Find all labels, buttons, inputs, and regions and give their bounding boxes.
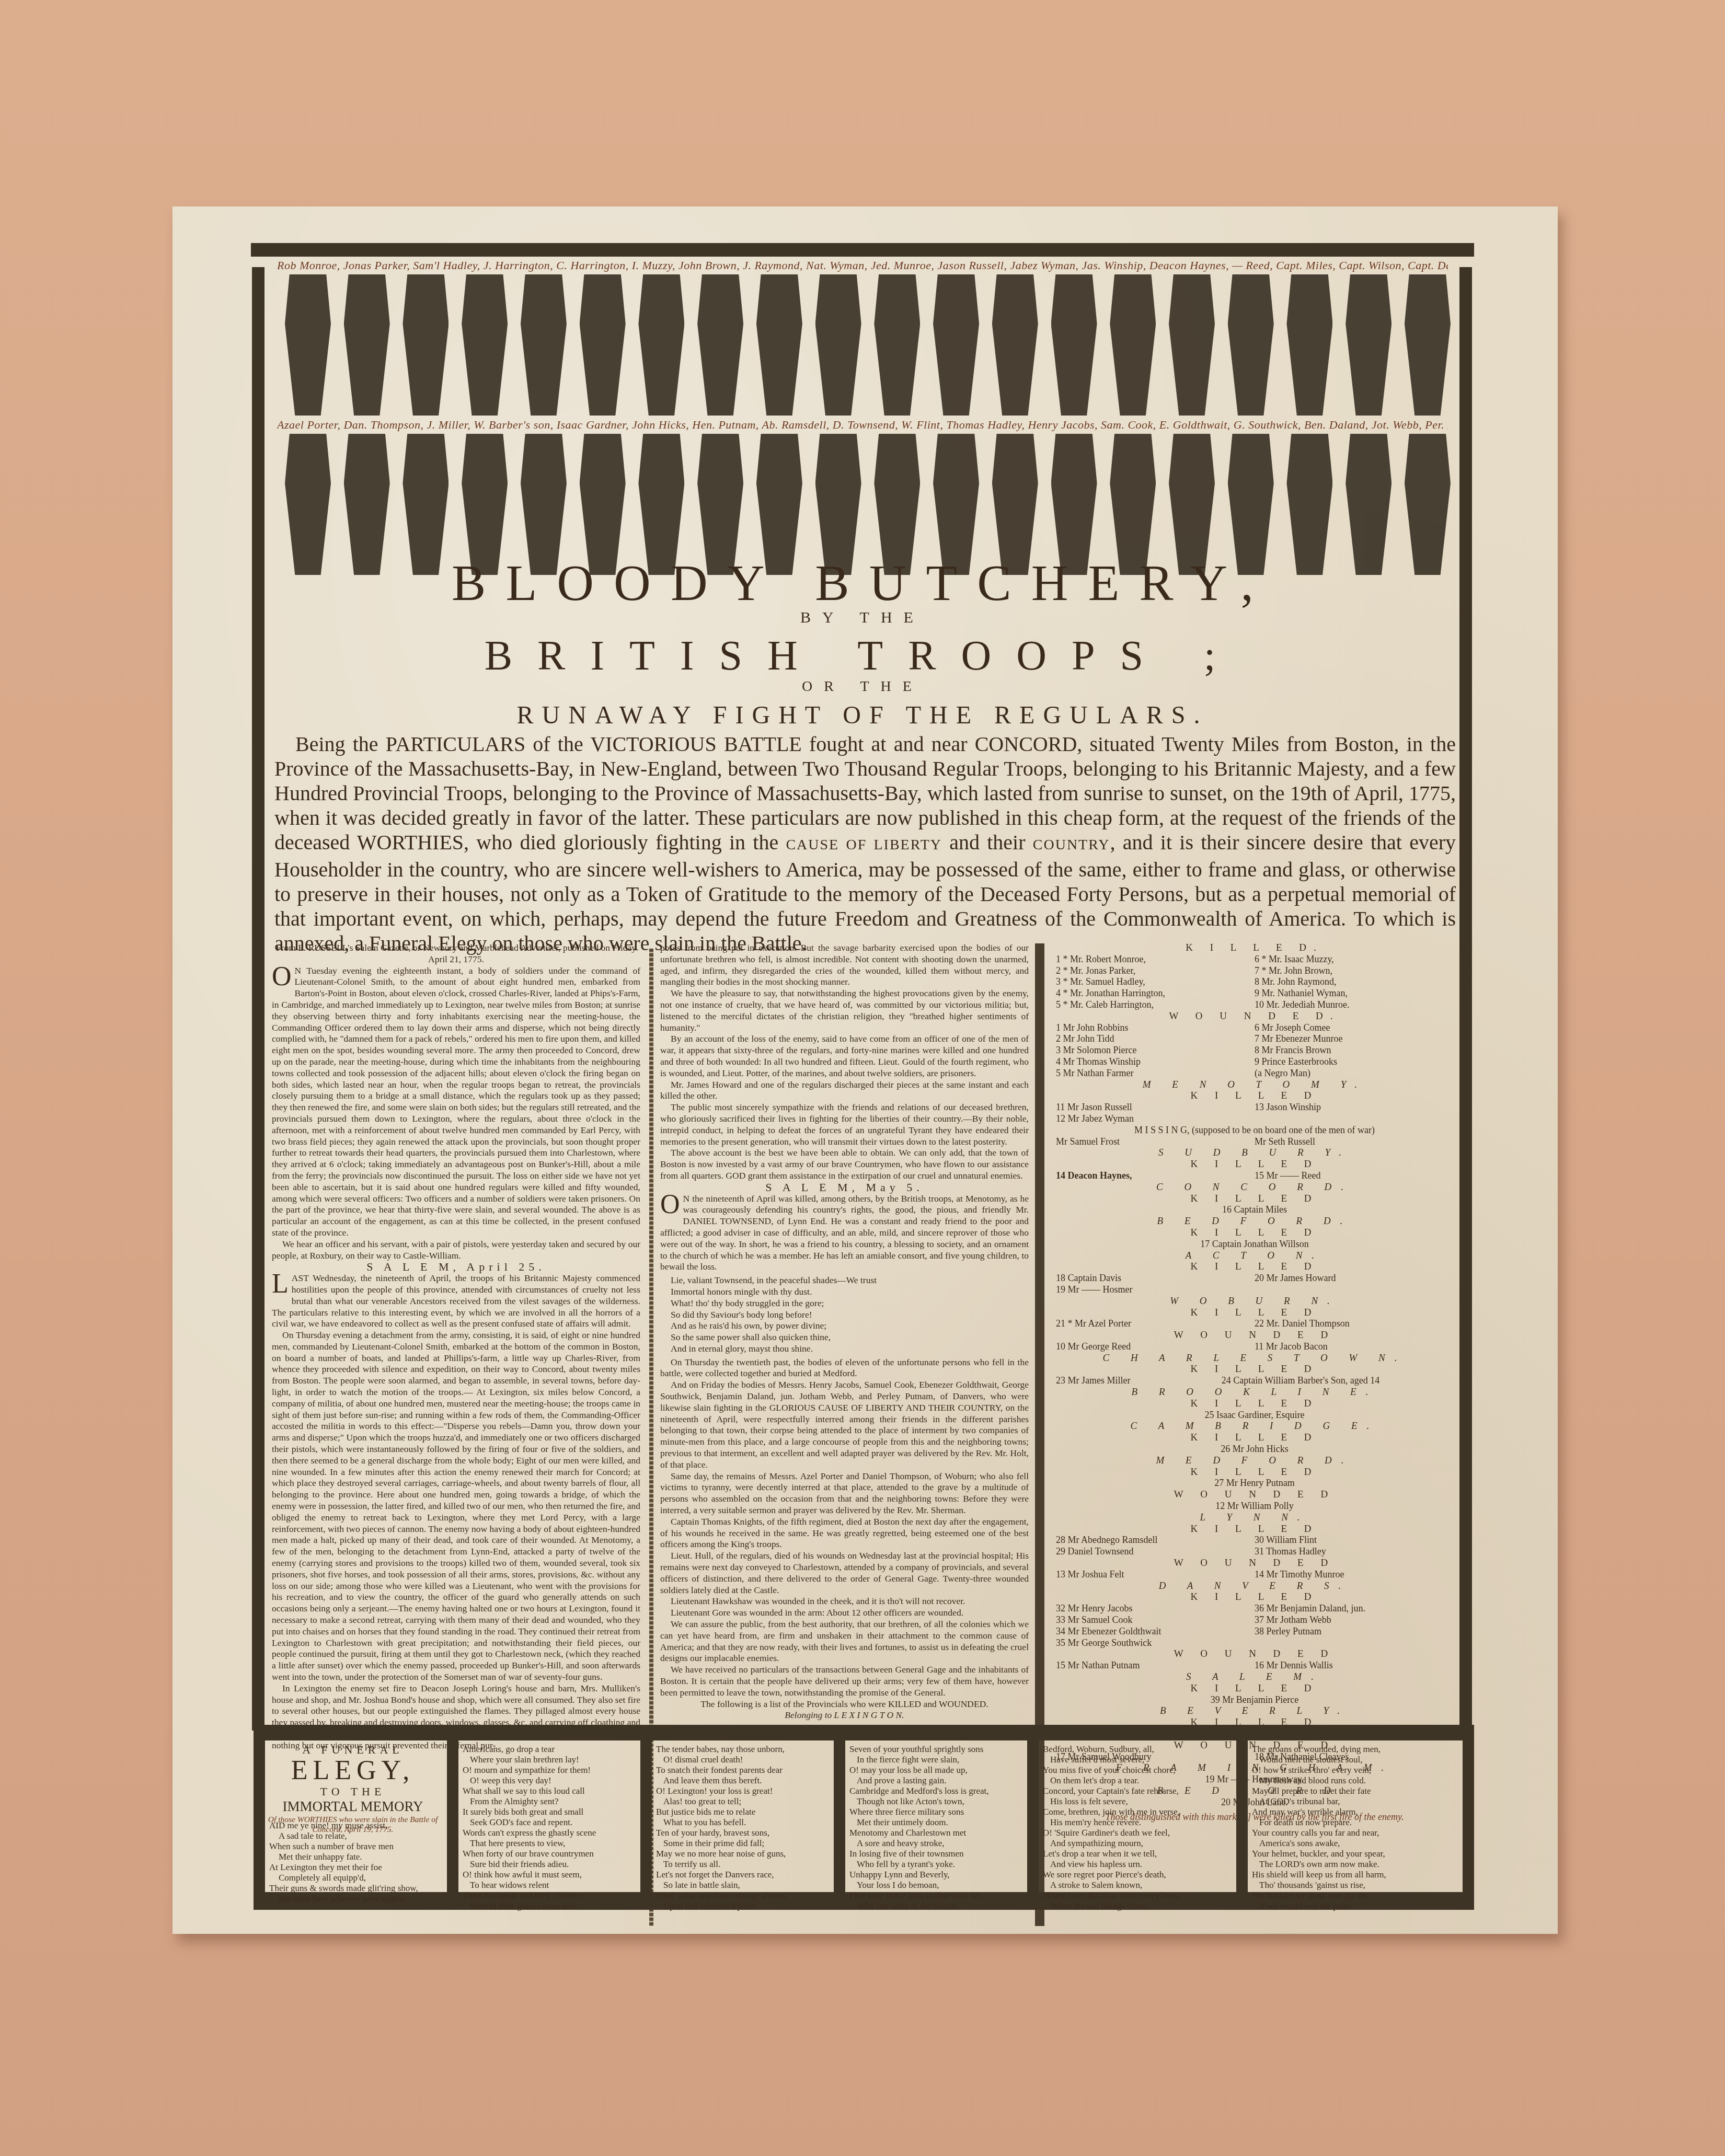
casualty-name: 5 * Mr. Caleb Harrington, [1056,999,1255,1011]
elegy-line: To hear widows relent [463,1880,625,1890]
heading-killed: K I L L E D [1056,1524,1453,1535]
heading-killed: K I L L E D. [1056,942,1453,954]
elegy-line: Met their untimely doom. [849,1817,1011,1828]
casualty-row: 4 * Mr. Jonathan Harrington,9 Mr. Nathan… [1056,988,1453,999]
casualty-name: 8 Mr. John Raymond, [1255,976,1453,988]
casualty-name: 7 * Mr. John Brown, [1255,965,1453,977]
paragraph: Lieutenant Gore was wounded in the arm: … [660,1607,1029,1619]
heading-missing: M I S S I N G, (supposed to be on board … [1056,1125,1453,1136]
elegy-line: If we would win the prize. [1252,1901,1458,1911]
casualty-row: 3 * Mr. Samuel Hadley,8 Mr. John Raymond… [1056,976,1453,988]
town-medford: M E D F O R D. [1056,1455,1453,1467]
coffin-icon [580,274,626,416]
paragraph: We hear an officer and his servant, with… [272,1239,640,1262]
heading-wounded: W O U N D E D [1056,1330,1453,1341]
elegy-line: On them let's drop a tear. [1043,1775,1231,1786]
elegy-border-top [254,1725,1474,1740]
coffin-icon [638,274,684,416]
paragraph: On Thursday evening a detachment from th… [272,1330,640,1683]
menotomy-killed-list: 11 Mr Jason Russell13 Jason Winship12 Mr… [1056,1102,1453,1125]
casualty-name: 15 Mr —— Reed [1255,1170,1453,1182]
elegy-line: Would melt the stoutest soul, [1252,1755,1458,1765]
acton-killed-list: 18 Captain Davis20 Mr James Howard19 Mr … [1056,1273,1453,1296]
woodcut-border-left [252,267,264,1731]
casualty-row: 32 Mr Henry Jacobs36 Mr Benjamin Daland,… [1056,1603,1453,1615]
heading-killed: K I L L E D [1056,1193,1453,1205]
elegy-line: Come, brethren, join with me in verse, [1043,1807,1231,1817]
elegy-line: So late in battle slain, [656,1880,818,1890]
elegy-stanza-3: The tender babes, nay those unborn,O! di… [656,1744,818,1911]
dateline-salem-may: S A L E M, May 5. [660,1182,1029,1193]
casualty-name: 16 Captain Miles [1056,1204,1453,1216]
elegy-line: That here presents to view, [463,1838,625,1849]
heading-killed: K I L L E D [1056,1090,1453,1102]
coffin-icon [992,274,1038,416]
casualty-row: 1 * Mr. Robert Monroe,6 * Mr. Isaac Muzz… [1056,954,1453,965]
casualty-row: 5 * Mr. Caleb Harrington,10 Mr. Jedediah… [1056,999,1453,1011]
elegy-line: America's sons awake, [1252,1838,1458,1849]
elegy-line: The groans of wounded, dying men, [1252,1744,1458,1755]
elegy-line: In losing five of their townsmen [849,1849,1011,1859]
lynn-wounded-row: 13 Mr Joshua Felt14 Mr Timothy Munroe [1056,1569,1453,1581]
intro-smallcaps-liberty: CAUSE OF LIBERTY [786,837,942,853]
casualty-name: 7 Mr Ebenezer Munroe [1255,1033,1453,1045]
coffin-row-1-names: Rob Monroe, Jonas Parker, Sam'l Hadley, … [277,259,1448,272]
town-menotomy: M E N O T O M Y. [1056,1079,1453,1091]
coffin-icon [462,274,508,416]
town-cambridge: C A M B R I D G E. [1056,1421,1453,1432]
column-1-news: From E. RUSSELL's Salem Gazette, or Newb… [272,942,640,1751]
casualty-name: 13 Mr Joshua Felt [1056,1569,1255,1581]
elegy-line: Their valor and their courage shown, [656,1890,818,1901]
poem-line: So the same power shall also quicken thi… [671,1332,1029,1343]
title-or-the: OR THE [277,678,1448,695]
casualty-name: 4 Mr Thomas Winship [1056,1056,1255,1068]
paragraph: By an account of the loss of the enemy, … [660,1033,1029,1079]
coffin-icon [1228,274,1274,416]
town-woburn: W O B U R N. [1056,1296,1453,1307]
elegy-line: Their husbands and their children [463,1890,625,1901]
casualty-row: 3 Mr Solomon Pierce8 Mr Francis Brown [1056,1045,1453,1056]
casualty-name: Mr Seth Russell [1255,1136,1453,1148]
intro-smallcaps-country: COUNTRY [1033,837,1110,853]
casualty-name: 14 Deacon Haynes, [1056,1170,1255,1182]
list-intro: The following is a list of the Provincia… [660,1699,1029,1710]
elegy-bar [254,1740,265,1892]
elegy-line: For death us now prepare. [1252,1817,1458,1828]
elegy-line: When the sad tidings come. [1043,1901,1231,1911]
elegy-line: Menotomy and Charlestown met [849,1828,1011,1838]
casualty-name: 6 Mr Joseph Comee [1255,1022,1453,1034]
elegy-line: Met their unhappy fate. [269,1852,436,1862]
elegy-line: Upon this crimson'd plain. [656,1901,818,1911]
coffin-icon [815,274,861,416]
column-2-news: poses from being put in execution. But t… [660,942,1029,1721]
elegy-bar [1236,1740,1248,1892]
woodcut-border-right [1459,267,1472,1731]
casualty-name: 3 * Mr. Samuel Hadley, [1056,976,1255,988]
elegy-stanza-5: Bedford, Woburn, Sudbury, all,Have suffe… [1043,1744,1231,1911]
elegy-line: Bedford, Woburn, Sudbury, all, [1043,1744,1231,1755]
casualty-name: 27 Mr Henry Putnam [1056,1478,1453,1489]
casualty-name: 39 Mr Benjamin Pierce [1056,1694,1453,1706]
elegy-line: To snatch their fondest parents dear [656,1765,818,1775]
town-beverly: B E V E R L Y. [1056,1705,1453,1717]
casualty-name: 19 Mr —— Hosmer [1056,1284,1255,1296]
casualty-row: 4 Mr Thomas Winship9 Prince Easterbrooks [1056,1056,1453,1068]
danvers-wounded-row: 15 Mr Nathan Putnam16 Mr Dennis Wallis [1056,1660,1453,1671]
list-belonging: Belonging to L E X I N G T O N. [660,1710,1029,1721]
elegy-line: O! dismal cruel death! [656,1755,818,1765]
coffin-icon [1110,274,1156,416]
poem-line: And in eternal glory, mayst thou shine. [671,1343,1029,1355]
coffin-icon [697,274,743,416]
heading-wounded: W O U N D E D [1056,1648,1453,1660]
paragraph: Same day, the remains of Messrs. Azel Po… [660,1471,1029,1516]
heading-killed: K I L L E D [1056,1592,1453,1603]
paragraph: We have received no particulars of the t… [660,1664,1029,1698]
elegy-line: You miss five of your choicest chore, [1043,1765,1231,1775]
elegy-line: When such a number of brave men [269,1841,436,1852]
lexington-wounded-list: 1 Mr John Robbins6 Mr Joseph Comee2 Mr J… [1056,1022,1453,1079]
coffin-icon [344,274,390,416]
casualty-row: 5 Mr Nathan Farmer(a Negro Man) [1056,1068,1453,1079]
paragraph: poses from being put in execution. But t… [660,942,1029,988]
title-main: BLOODY BUTCHERY, [277,554,1448,613]
elegy-line: At GOD's tribunal bar, [1252,1796,1458,1807]
coffin-icon [756,274,802,416]
heading-wounded: W O U N D E D [1056,1489,1453,1501]
coffin-icon [1345,274,1391,416]
heading-killed: K I L L E D [1056,1467,1453,1478]
town-acton: A C T O N. [1056,1250,1453,1262]
elegy-line: Have suffer'd most severe, [1043,1755,1231,1765]
elegy-line: Five your brave sons in dust doth lie, [849,1890,1011,1901]
title-subtitle: RUNAWAY FIGHT OF THE REGULARS. [277,701,1448,730]
elegy-line: May we no more hear noise of guns, [656,1849,818,1859]
dateline-salem-april: S A L E M, April 25. [272,1261,640,1273]
heading-killed: K I L L E D [1056,1261,1453,1273]
elegy-stanza-1: AID me ye nine! my muse assist,A sad tal… [269,1820,436,1904]
elegy-line: O! think how awful it must seem, [463,1870,625,1880]
paragraph: Captain Thomas Knights, of the fifth reg… [660,1516,1029,1550]
town-sudbury: S U D B U R Y. [1056,1147,1453,1159]
townsend-poem: Lie, valiant Townsend, in the peaceful s… [671,1275,1029,1355]
casualty-name: 10 Mr. Jedediah Munroe. [1255,999,1453,1011]
heading-wounded: W O U N D E D [1056,1558,1453,1569]
heading-killed: K I L L E D [1056,1432,1453,1444]
poem-line: What! tho' thy body struggled in the gor… [671,1298,1029,1309]
charlestown-row: 23 Mr James Miller24 Captain William Bar… [1056,1375,1453,1387]
casualty-row: 33 Mr Samuel Cook37 Mr Jotham Webb [1056,1615,1453,1626]
paragraph: We can assure the public, from the best … [660,1619,1029,1664]
elegy-line: And sympathizing mourn, [1043,1838,1231,1849]
elegy-line: Alas! too great to tell; [656,1796,818,1807]
town-charlestown: C H A R L E S T O W N. [1056,1353,1453,1364]
elegy-line: Your country calls you far and near, [1252,1828,1458,1838]
title-british-troops: BRITISH TROOPS ; [277,632,1448,680]
casualty-name: Mr Samuel Frost [1056,1136,1255,1148]
casualty-name: 22 Mr. Daniel Thompson [1255,1318,1453,1330]
elegy-stanza-4: Seven of your youthful sprightly sonsIn … [849,1744,1011,1911]
woburn-killed-row: 21 * Mr Azel Porter22 Mr. Daniel Thompso… [1056,1318,1453,1330]
drop-cap: L [272,1273,289,1296]
elegy-line: And may war's terrible alarm, [1252,1807,1458,1817]
casualty-name [1255,1113,1453,1125]
elegy-line: O! Lexington! your loss is great! [656,1786,818,1796]
elegy-line: Concord, your Captain's fate rehearse, [1043,1786,1231,1796]
coffin-icon [1051,274,1097,416]
elegy-line: In the fierce fight were slain, [849,1755,1011,1765]
elegy-bar [1463,1740,1474,1892]
casualty-name: 28 Mr Abednego Ramsdell [1056,1535,1255,1546]
elegy-line: His buckler we must sure put on, [1252,1890,1458,1901]
source-line: From E. RUSSELL's Salem Gazette, or Newb… [272,942,640,965]
casualty-row: 1 Mr John Robbins6 Mr Joseph Comee [1056,1022,1453,1034]
casualty-name: 38 Perley Putnam [1255,1626,1453,1638]
elegy-line: It surely bids both great and small [463,1807,625,1817]
sudbury-row: 14 Deacon Haynes,15 Mr —— Reed [1056,1170,1453,1182]
casualty-name: 25 Isaac Gardiner, Esquire [1056,1410,1453,1421]
intro-text-b: and their [949,831,1025,854]
elegy-line: A sad tale to relate, [269,1831,436,1841]
elegy-line: Your loss I do bemoan, [849,1880,1011,1890]
casualty-name: 11 Mr Jason Russell [1056,1102,1255,1113]
casualty-row: 11 Mr Jason Russell13 Jason Winship [1056,1102,1453,1113]
elegy-line: When forty of our brave countrymen [463,1849,625,1859]
casualty-row: 2 * Mr. Jonas Parker,7 * Mr. John Brown, [1056,965,1453,977]
elegy-line: To terrify us all. [656,1859,818,1870]
town-concord: C O N C O R D. [1056,1182,1453,1193]
casualty-name: 14 Mr Timothy Munroe [1255,1569,1453,1581]
elegy-line: Unhappy Lynn and Beverly, [849,1870,1011,1880]
casualty-name: 16 Mr Dennis Wallis [1255,1660,1453,1671]
casualty-name: 34 Mr Ebenezer Goldthwait [1056,1626,1255,1638]
heading-killed: K I L L E D [1056,1364,1453,1375]
heading-killed: K I L L E D [1056,1683,1453,1694]
elegy-bar [640,1740,652,1892]
elegy-line: From the Almighty sent? [463,1796,625,1807]
casualty-row: 12 Mr Jabez Wyman [1056,1113,1453,1125]
elegy-line: Though not like Acton's town, [849,1796,1011,1807]
paragraph-text: N the nineteenth of April was killed, am… [660,1193,1029,1272]
casualty-name: 20 Mr James Howard [1255,1273,1453,1284]
drop-cap: O [660,1193,680,1216]
elegy-line: But their base schemes were nipp'd. [269,1894,436,1904]
casualty-name: 21 * Mr Azel Porter [1056,1318,1255,1330]
paragraph: Lieut. Hull, of the regulars, died of hi… [660,1550,1029,1596]
casualty-row: 19 Mr —— Hosmer [1056,1284,1453,1296]
casualty-name: 31 Thomas Hadley [1255,1546,1453,1558]
elegy-line: Who late were in the bloom. [849,1901,1011,1911]
casualty-name: 12 Mr William Polly [1056,1501,1453,1512]
elegy-line: O! may your loss be all made up, [849,1765,1011,1775]
casualty-name: 33 Mr Samuel Cook [1056,1615,1255,1626]
elegy-line: AID me ye nine! my muse assist, [269,1820,436,1831]
elegy-bar [1027,1740,1039,1892]
casualty-row: 34 Mr Ebenezer Goldthwait38 Perley Putna… [1056,1626,1453,1638]
casualty-name: 9 Prince Easterbrooks [1255,1056,1453,1068]
casualty-name: 8 Mr Francis Brown [1255,1045,1453,1056]
casualty-name: 9 Mr. Nathaniel Wyman, [1255,988,1453,999]
casualty-name: 18 Captain Davis [1056,1273,1255,1284]
elegy-line: Completely all equipp'd, [269,1873,436,1883]
elegy-line: Some in their prime did fall; [656,1838,818,1849]
paragraph: Mr. James Howard and one of the regulars… [660,1079,1029,1102]
casualty-name: 12 Mr Jabez Wyman [1056,1113,1255,1125]
paragraph: LAST Wednesday, the nineteenth of April,… [272,1273,640,1330]
elegy-line: Ten of your hardy, bravest sons, [656,1828,818,1838]
elegy-line: We sore regret poor Pierce's death, [1043,1870,1231,1880]
elegy-title-a: A FUNERAL [267,1743,439,1757]
elegy-line: His mem'ry hence revere. [1043,1817,1231,1828]
coffin-row-1 [285,274,1451,416]
casualty-row: 18 Captain Davis20 Mr James Howard [1056,1273,1453,1284]
title-by-the: BY THE [277,609,1448,627]
paragraph-text: N Tuesday evening the eighteenth instant… [272,965,640,1238]
coffin-icon [402,274,448,416]
elegy-line: And prove a lasting gain. [849,1775,1011,1786]
paragraph: The above account is the best we have be… [660,1147,1029,1181]
elegy-line: His shield will keep us from all harm, [1252,1870,1458,1880]
casualty-name: 29 Daniel Townsend [1056,1546,1255,1558]
paragraph: We have the pleasure to say, that notwit… [660,988,1029,1033]
casualty-name: 1 * Mr. Robert Monroe, [1056,954,1255,965]
casualty-row: 28 Mr Abednego Ramsdell30 William Flint [1056,1535,1453,1546]
casualty-name: 32 Mr Henry Jacobs [1056,1603,1255,1615]
casualty-name: 2 * Mr. Jonas Parker, [1056,965,1255,977]
paragraph: ON Tuesday evening the eighteenth instan… [272,965,640,1239]
heading-killed: K I L L E D [1056,1227,1453,1239]
casualty-name [1255,1284,1453,1296]
elegy-line: My flesh and blood runs cold. [1252,1775,1458,1786]
elegy-line: A sore and heavy stroke, [849,1838,1011,1849]
casualty-name: (a Negro Man) [1255,1068,1453,1079]
casualty-name: 5 Mr Nathan Farmer [1056,1068,1255,1079]
elegy-line: What to you has befell. [656,1817,818,1828]
elegy-title-b: ELEGY, [267,1757,439,1785]
elegy-title-d: IMMORTAL MEMORY [267,1798,439,1815]
elegy-line: Seven of your youthful sprightly sons [849,1744,1011,1755]
coffin-row-2-names: Azael Porter, Dan. Thompson, J. Miller, … [277,418,1448,432]
elegy-line: A stroke to Salem known, [1043,1880,1231,1890]
paragraph-text: AST Wednesday, the nineteenth of April, … [272,1273,640,1329]
coffin-icon [874,274,920,416]
town-danvers: D A N V E R S. [1056,1581,1453,1592]
coffin-icon [1286,274,1332,416]
elegy-line: Where three fierce military sons [849,1807,1011,1817]
intro-paragraph: Being the PARTICULARS of the VICTORIOUS … [274,732,1456,955]
elegy-line: Where your slain brethren lay! [463,1755,625,1765]
poem-line: Lie, valiant Townsend, in the peaceful s… [671,1275,1029,1286]
heading-killed: K I L L E D [1056,1159,1453,1170]
elegy-title-c: TO THE [267,1785,439,1798]
casualty-name: 37 Mr Jotham Webb [1255,1615,1453,1626]
elegy-line: Cambridge and Medford's loss is great, [849,1786,1011,1796]
elegy-bar [447,1740,458,1892]
lexington-killed-list: 1 * Mr. Robert Monroe,6 * Mr. Isaac Muzz… [1056,954,1453,1011]
danvers-killed-list: 32 Mr Henry Jacobs36 Mr Benjamin Daland,… [1056,1603,1453,1648]
broadside-sheet: Rob Monroe, Jonas Parker, Sam'l Hadley, … [172,206,1558,1934]
heading-killed: K I L L E D [1056,1307,1453,1319]
casualty-name: 26 Mr John Hicks [1056,1444,1453,1455]
lynn-killed-list: 28 Mr Abednego Ramsdell30 William Flint2… [1056,1535,1453,1558]
heading-wounded: W O U N D E D. [1056,1011,1453,1022]
elegy-line: O! 'Squire Gardiner's death we feel, [1043,1828,1231,1838]
paragraph: On Thursday the twentieth past, the bodi… [660,1357,1029,1380]
elegy-line: At Lexington they met their foe [269,1862,436,1873]
elegy-bar [834,1740,845,1892]
casualty-name: 11 Mr Jacob Bacon [1255,1341,1453,1353]
elegy-stanza-2: Americans, go drop a tearWhere your slai… [463,1744,625,1911]
coffin-icon [521,274,567,416]
poem-line: And as he rais'd his own, by power divin… [671,1320,1029,1332]
elegy-line: Where tears did flow from every brow, [1043,1890,1231,1901]
casualty-name: 23 Mr James Miller [1056,1375,1222,1387]
paragraph: The public most sincerely sympathize wit… [660,1102,1029,1147]
elegy-line: May all prepare to meet their fate [1252,1786,1458,1796]
town-salem: S A L E M. [1056,1671,1453,1683]
elegy-line: And view his hapless urn. [1043,1859,1231,1870]
elegy-line: Tho' thousands 'gainst us rise, [1252,1880,1458,1890]
casualty-name: 6 * Mr. Isaac Muzzy, [1255,954,1453,965]
casualty-name: 24 Captain William Barber's Son, aged 14 [1222,1375,1453,1387]
elegy-line: Who to their graves were sent. [463,1901,625,1911]
elegy-line: And leave them thus bereft. [656,1775,818,1786]
town-lynn: L Y N N. [1056,1512,1453,1524]
casualty-row: 2 Mr John Tidd7 Mr Ebenezer Munroe [1056,1033,1453,1045]
elegy-line: Americans, go drop a tear [463,1744,625,1755]
casualty-row: 35 Mr George Southwick [1056,1638,1453,1649]
elegy-stanza-6: The groans of wounded, dying men,Would m… [1252,1744,1458,1911]
coffin-icon [1169,274,1215,416]
paragraph: Lieutenant Hawkshaw was wounded in the c… [660,1596,1029,1607]
poem-line: Immortal honors mingle with thy dust. [671,1286,1029,1298]
casualty-row: 29 Daniel Townsend31 Thomas Hadley [1056,1546,1453,1558]
heading-killed: K I L L E D [1056,1398,1453,1410]
casualty-name: 35 Mr George Southwick [1056,1638,1255,1649]
elegy-line: Your helmet, buckler, and your spear, [1252,1849,1458,1859]
casualty-name: 1 Mr John Robbins [1056,1022,1255,1034]
elegy-line: Let's drop a tear when it we tell, [1043,1849,1231,1859]
missing-row: Mr Samuel FrostMr Seth Russell [1056,1136,1453,1148]
town-brookline: B R O O K L I N E. [1056,1387,1453,1398]
elegy-line: The tender babes, nay those unborn, [656,1744,818,1755]
paragraph: ON the nineteenth of April was killed, a… [660,1193,1029,1273]
casualty-name [1255,1638,1453,1649]
coffin-icon [285,274,331,416]
coffin-icon [933,274,979,416]
casualty-name: 15 Mr Nathan Putnam [1056,1660,1255,1671]
casualty-name: 10 Mr George Reed [1056,1341,1255,1353]
casualty-name: 13 Jason Winship [1255,1102,1453,1113]
elegy-line: But justice bids me to relate [656,1807,818,1817]
elegy-line: Who fell by a tyrant's yoke. [849,1859,1011,1870]
coffin-icon [1405,274,1451,416]
elegy-line: O! mourn and sympathize for them! [463,1765,625,1775]
elegy-line: Their guns & swords made glit'ring show, [269,1883,436,1894]
casualty-name: 2 Mr John Tidd [1056,1033,1255,1045]
town-bedford: B E D F O R D. [1056,1216,1453,1227]
paragraph: And on Friday the bodies of Messrs. Henr… [660,1379,1029,1470]
elegy-line: The LORD's own arm now make. [1252,1859,1458,1870]
casualty-list: K I L L E D. 1 * Mr. Robert Monroe,6 * M… [1056,942,1453,1823]
casualty-name: 4 * Mr. Jonathan Harrington, [1056,988,1255,999]
poem-line: So did thy Saviour's body long before! [671,1309,1029,1321]
elegy-line: O! weep this very day! [463,1775,625,1786]
elegy-line: Seek GOD's face and repent. [463,1817,625,1828]
casualty-name: 3 Mr Solomon Pierce [1056,1045,1255,1056]
